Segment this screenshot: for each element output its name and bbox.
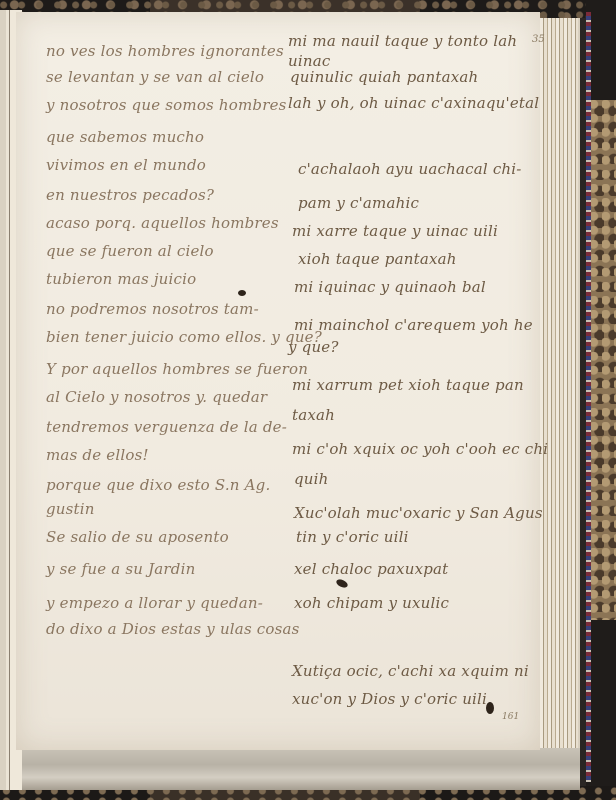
marbled-board	[590, 100, 616, 620]
ink-blot	[335, 578, 349, 589]
spanish-line: porque que dixo esto S.n Ag.	[46, 476, 270, 494]
mayan-line: y que?	[288, 338, 339, 356]
spanish-line: en nuestros pecados?	[46, 186, 214, 204]
mayan-line: tin y c'oric uili	[296, 528, 409, 546]
spanish-line: acaso porq. aquellos hombres	[46, 214, 279, 232]
mayan-line: mi mainchol c'arequem yoh he	[294, 316, 533, 334]
spanish-line: que sabemos mucho	[46, 128, 204, 146]
mayan-line: xuc'on y Dios y c'oric uili	[292, 690, 487, 708]
spanish-line: gustin	[46, 500, 95, 518]
sprinkled-page-edge	[586, 12, 591, 782]
mayan-line: taxah	[292, 406, 335, 424]
mayan-line: mi xarrum pet xioh taque pan	[292, 376, 524, 394]
spanish-line: bien tener juicio como ellos. y que?	[46, 328, 322, 346]
spanish-line: Se salio de su aposento	[46, 528, 229, 546]
mayan-line: mi ma nauil taque y tonto lah	[288, 32, 517, 50]
spanish-line: vivimos en el mundo	[46, 156, 206, 174]
page-bottom-edge	[22, 748, 580, 790]
mayan-line: Xutiça ocic, c'achi xa xquim ni	[292, 662, 529, 680]
spanish-line: y se fue a su Jardin	[46, 560, 195, 578]
spanish-line: no podremos nosotros tam-	[46, 300, 259, 318]
mayan-line: quih	[294, 470, 329, 488]
mayan-line: mi c'oh xquix oc yoh c'ooh ec chi	[292, 440, 548, 458]
spanish-line: y nosotros que somos hombres	[46, 96, 287, 114]
folio-number-bottom: 161	[502, 712, 519, 722]
spanish-line: al Cielo y nosotros y. quedar	[46, 388, 267, 406]
spanish-line: y empezo a llorar y quedan-	[46, 594, 263, 612]
spanish-line: mas de ellos!	[46, 446, 149, 464]
manuscript-page: 35 161 no ves los hombres ignorantes se …	[16, 12, 540, 750]
spanish-line: no ves los hombres ignorantes	[46, 42, 284, 60]
spanish-line: que se fueron al cielo	[46, 242, 214, 260]
mayan-line: quinulic quiah pantaxah	[290, 68, 478, 86]
spanish-line: do dixo a Dios estas y ulas cosas	[46, 620, 300, 638]
mayan-line: Xuc'olah muc'oxaric y San Agus	[294, 504, 543, 522]
mayan-line: xoh chipam y uxulic	[294, 594, 449, 612]
mayan-line: mi xarre taque y uinac uili	[292, 222, 498, 240]
spanish-line: se levantan y se van al cielo	[46, 68, 264, 86]
mayan-line: c'achalaoh ayu uachacal chi-	[298, 160, 522, 178]
spanish-line: tendremos verguenza de la de-	[46, 418, 287, 436]
book-cover-right	[586, 0, 616, 800]
mayan-line: xioh taque pantaxah	[298, 250, 457, 268]
mayan-line: mi iquinac y quinaoh bal	[294, 278, 486, 296]
folio-number-top: 35	[532, 34, 545, 45]
ink-blot	[486, 702, 494, 714]
ink-blot	[238, 290, 246, 296]
spanish-line: Y por aquellos hombres se fueron	[46, 360, 308, 378]
mayan-line: xel chaloc paxuxpat	[294, 560, 448, 578]
mayan-line: pam y c'amahic	[298, 194, 419, 212]
mayan-line: lah y oh, oh uinac c'axinaqu'etal	[288, 94, 539, 112]
spanish-line: tubieron mas juicio	[46, 270, 196, 288]
